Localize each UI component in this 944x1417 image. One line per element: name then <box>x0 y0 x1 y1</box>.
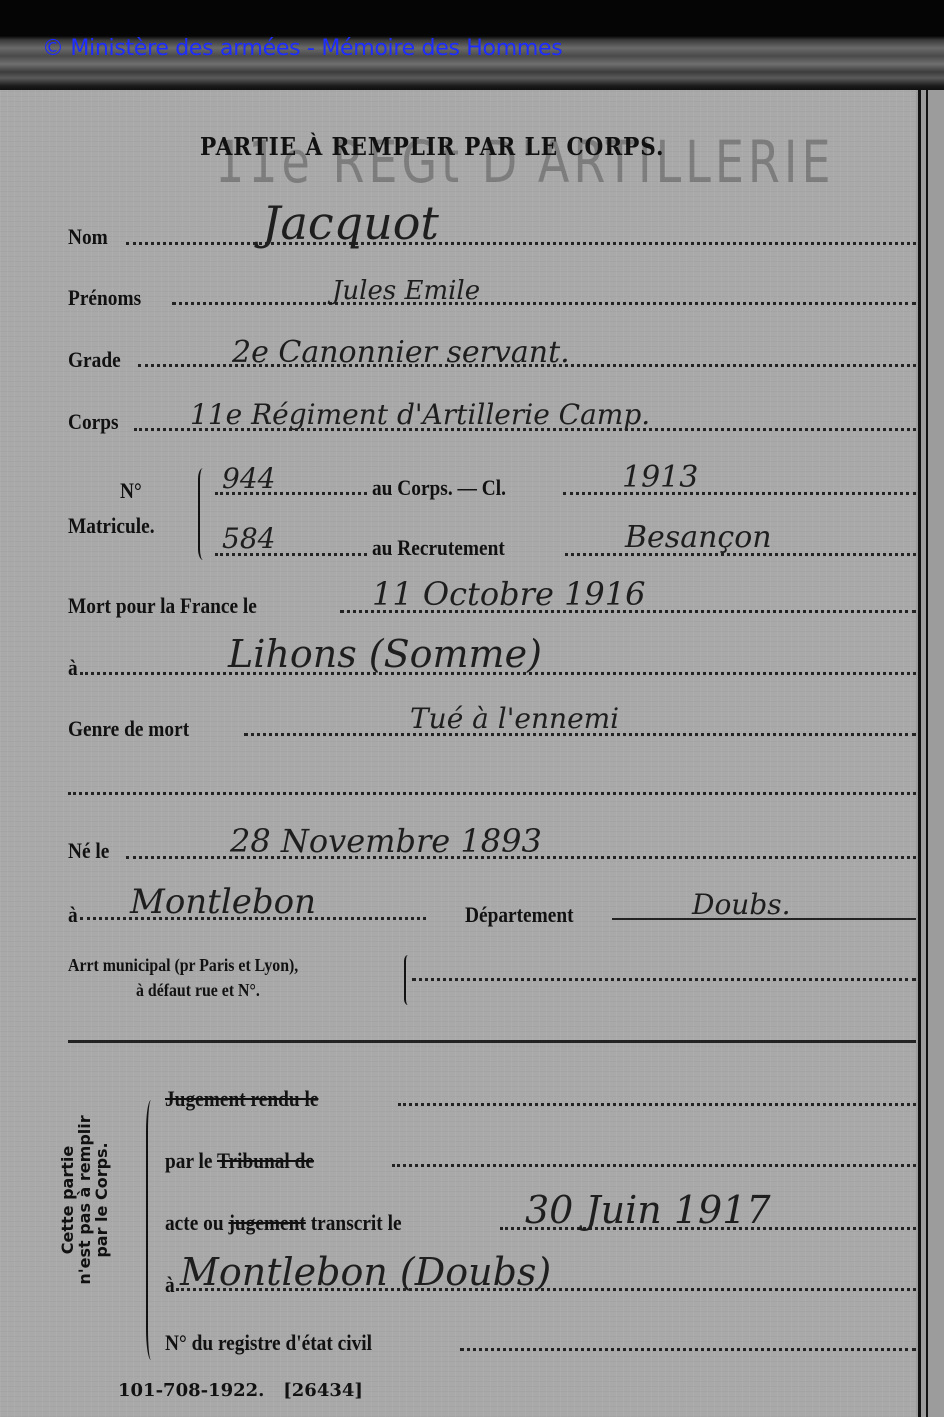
prenoms-label: Prénoms <box>68 285 141 311</box>
matricule-label-no: N° <box>120 478 142 504</box>
form-code: 101-708-1922. <box>118 1380 264 1401</box>
registre-label: N° du registre d'état civil <box>165 1330 372 1356</box>
ne-a-value: Montlebon <box>130 882 316 922</box>
transcrit-suffix: transcrit le <box>311 1210 402 1235</box>
departement-value: Doubs. <box>692 888 791 921</box>
grade-label: Grade <box>68 347 121 373</box>
mort-le-value: 11 Octobre 1916 <box>372 575 646 613</box>
jugement-rendu-label: Jugement rendu le <box>165 1086 318 1112</box>
nom-line <box>126 242 916 245</box>
border-rule <box>926 90 928 1417</box>
mort-a-label: à <box>68 655 78 681</box>
side-note-line: par le Corps. <box>94 1110 111 1290</box>
jugement-struck: jugement <box>228 1210 305 1235</box>
prenoms-line <box>172 302 916 305</box>
transcrit-a-label: à <box>165 1272 175 1298</box>
arrondissement-brace <box>404 955 412 1005</box>
nom-label: Nom <box>68 224 108 250</box>
transcrit-a-value: Montlebon (Doubs) <box>180 1250 551 1294</box>
nom-value: Jacquot <box>262 196 439 250</box>
form-footer: 101-708-1922. [26434] <box>118 1380 363 1401</box>
side-note-brace <box>146 1100 156 1360</box>
corps-label: Corps <box>68 409 119 435</box>
print-reference: [26434] <box>283 1380 363 1401</box>
side-note: Cette partie n'est pas à remplir par le … <box>60 1110 110 1290</box>
registre-line <box>460 1348 916 1351</box>
classe-value: 1913 <box>622 460 698 495</box>
au-corps-label: au Corps. — Cl. <box>372 475 506 501</box>
recrutement-number-value: 584 <box>222 522 275 555</box>
section-heading: PARTIE À REMPLIR PAR LE CORPS. <box>200 132 664 161</box>
arrondissement-label: Arrt municipal (pr Paris et Lyon), <box>68 955 298 976</box>
departement-label: Département <box>465 902 574 928</box>
arrondissement-line <box>412 978 916 981</box>
acte-prefix: acte ou <box>165 1210 224 1235</box>
grade-value: 2e Canonnier servant. <box>232 335 570 370</box>
classe-line <box>563 492 916 495</box>
mort-le-label: Mort pour la France le <box>68 593 257 619</box>
genre-de-mort-value: Tué à l'ennemi <box>410 702 619 735</box>
arrondissement-label-2: à défaut rue et N°. <box>136 980 260 1001</box>
border-rule <box>918 90 921 1417</box>
genre-de-mort-label: Genre de mort <box>68 716 189 742</box>
par-le-prefix: par le <box>165 1148 213 1173</box>
acte-transcrit-value: 30 Juin 1917 <box>525 1188 771 1232</box>
ne-le-label: Né le <box>68 838 109 864</box>
acte-transcrit-label: acte ou jugement transcrit le <box>165 1210 402 1236</box>
mort-a-value: Lihons (Somme) <box>228 632 542 676</box>
au-recrutement-label: au Recrutement <box>372 535 505 561</box>
corps-number-value: 944 <box>222 462 275 495</box>
matricule-brace <box>198 468 208 560</box>
tribunal-line <box>392 1164 916 1167</box>
matricule-label: Matricule. <box>68 513 155 539</box>
ne-le-value: 28 Novembre 1893 <box>230 822 542 860</box>
tribunal-struck: Tribunal de <box>217 1148 314 1173</box>
blank-line <box>68 792 916 795</box>
par-le-label: par le Tribunal de <box>165 1148 314 1174</box>
corps-value: 11e Régiment d'Artillerie Camp. <box>190 398 650 431</box>
section-divider <box>68 1040 916 1043</box>
ne-a-label: à <box>68 902 78 928</box>
recrutement-place-value: Besançon <box>625 520 772 555</box>
prenoms-value: Jules Emile <box>332 276 480 306</box>
jugement-rendu-line <box>398 1103 916 1106</box>
copyright-watermark: © Ministère des armées - Mémoire des Hom… <box>42 36 562 61</box>
